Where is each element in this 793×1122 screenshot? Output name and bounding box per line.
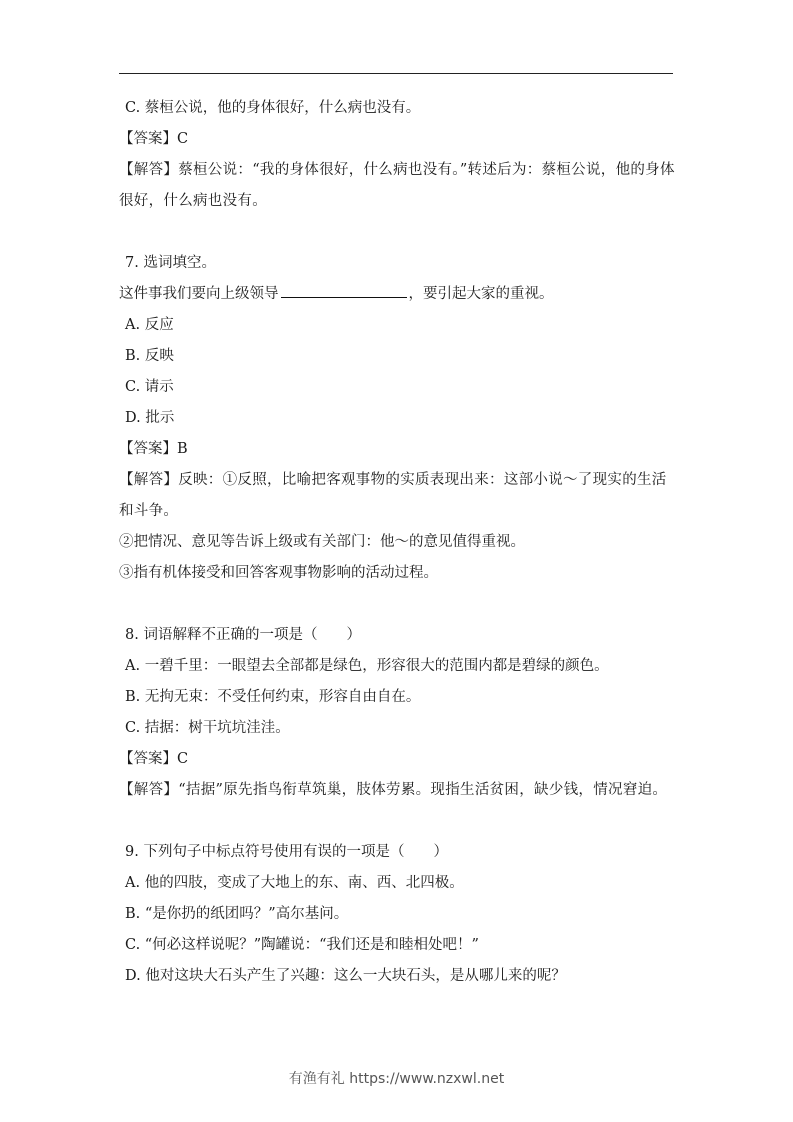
q7-stem: 这件事我们要向上级领导，要引起大家的重视。	[119, 279, 675, 310]
q9-title: 9. 下列句子中标点符号使用有误的一项是（ ）	[119, 837, 675, 868]
q7-option-a: A. 反应	[119, 310, 675, 341]
q9-option-b: B. “是你扔的纸团吗？”高尔基问。	[119, 899, 675, 930]
q8-option-b: B. 无拘无束：不受任何约束，形容自由自在。	[119, 682, 675, 713]
footer-watermark: 有渔有礼 https://www.nzxwl.net	[0, 1068, 793, 1088]
spacer	[119, 806, 675, 837]
q7-explanation-3: ③指有机体接受和回答客观事物影响的活动过程。	[119, 558, 675, 589]
q7-explanation-1: 【解答】反映：①反照，比喻把客观事物的实质表现出来：这部小说～了现实的生活和斗争…	[119, 465, 675, 527]
spacer	[119, 589, 675, 620]
q8-title: 8. 词语解释不正确的一项是（ ）	[119, 620, 675, 651]
q8-answer: 【答案】C	[119, 744, 675, 775]
header-divider	[119, 73, 673, 74]
q6-explanation: 【解答】蔡桓公说：“我的身体很好，什么病也没有。”转述后为：蔡桓公说，他的身体很…	[119, 155, 675, 217]
q7-stem-before: 这件事我们要向上级领导	[119, 286, 279, 302]
q7-option-c: C. 请示	[119, 372, 675, 403]
q8-explanation: 【解答】“拮据”原先指鸟衔草筑巢，肢体劳累。现指生活贫困，缺少钱，情况窘迫。	[119, 775, 675, 806]
spacer	[119, 217, 675, 248]
q7-fill-blank	[281, 283, 407, 298]
q9-option-a: A. 他的四肢，变成了大地上的东、南、西、北四极。	[119, 868, 675, 899]
q8-option-a: A. 一碧千里：一眼望去全部都是绿色，形容很大的范围内都是碧绿的颜色。	[119, 651, 675, 682]
q7-title: 7. 选词填空。	[119, 248, 675, 279]
q9-option-c: C. “何必这样说呢？”陶罐说：“我们还是和睦相处吧！”	[119, 930, 675, 961]
q6-option-c: C. 蔡桓公说，他的身体很好，什么病也没有。	[119, 93, 675, 124]
q7-stem-after: ，要引起大家的重视。	[409, 286, 554, 302]
document-body: C. 蔡桓公说，他的身体很好，什么病也没有。 【答案】C 【解答】蔡桓公说：“我…	[119, 93, 675, 992]
q7-option-b: B. 反映	[119, 341, 675, 372]
q7-option-d: D. 批示	[119, 403, 675, 434]
q7-answer: 【答案】B	[119, 434, 675, 465]
q9-option-d: D. 他对这块大石头产生了兴趣：这么一大块石头，是从哪儿来的呢？	[119, 961, 675, 992]
q8-option-c: C. 拮据：树干坑坑洼洼。	[119, 713, 675, 744]
q7-explanation-2: ②把情况、意见等告诉上级或有关部门：他～的意见值得重视。	[119, 527, 675, 558]
q6-answer: 【答案】C	[119, 124, 675, 155]
